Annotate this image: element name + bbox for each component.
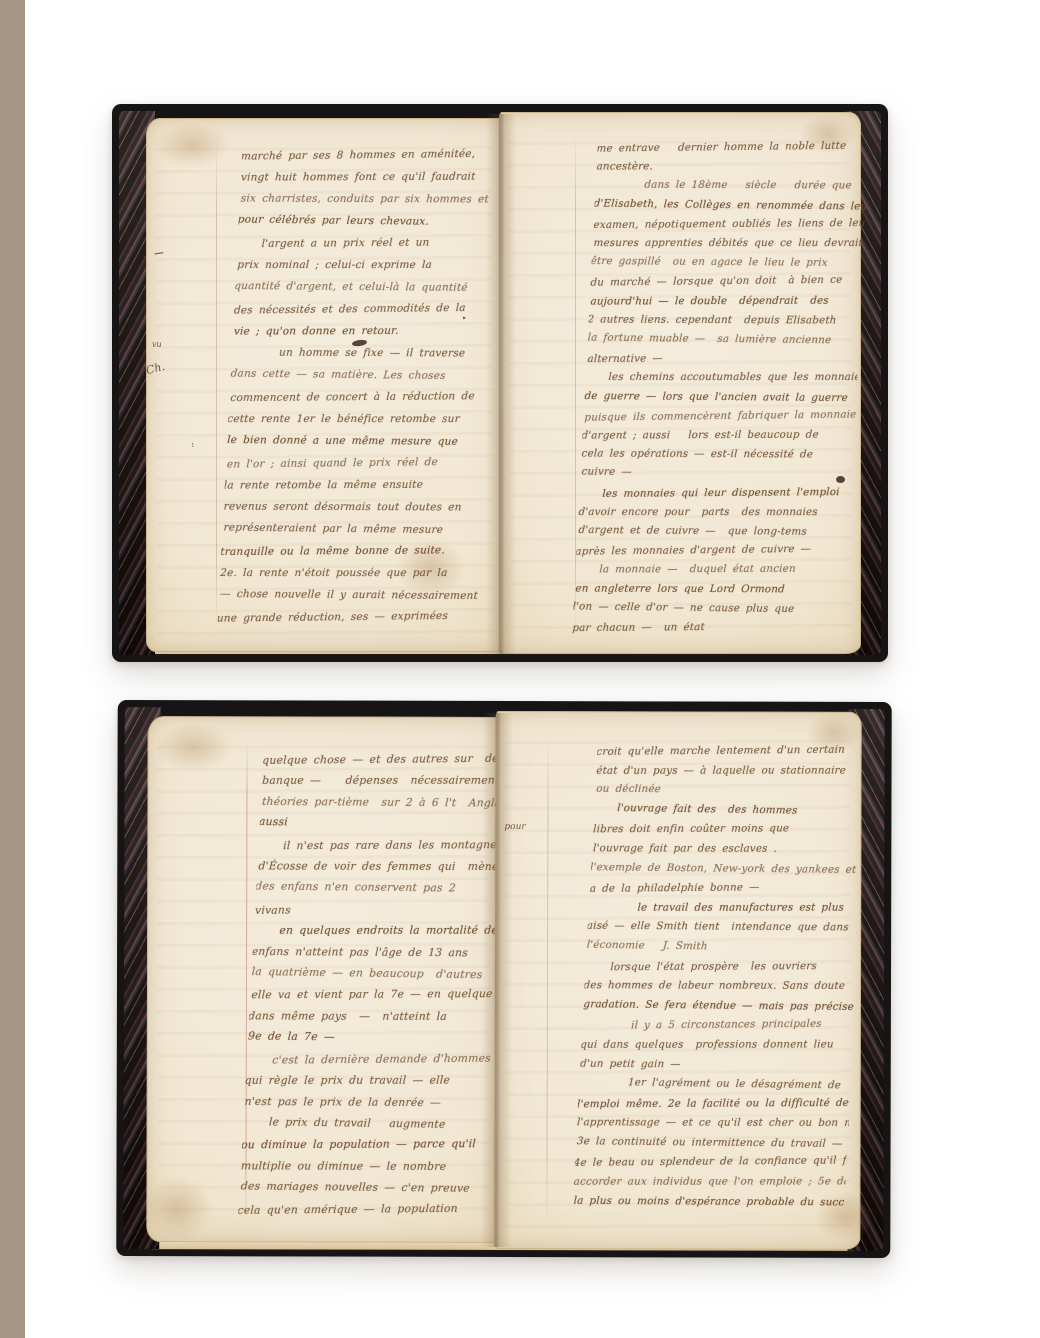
- handwritten-line: puisque ils commencèrent fabriquer la mo…: [584, 405, 857, 427]
- handwritten-line: ou déclinée: [596, 780, 869, 801]
- handwritten-line: aussi: [258, 811, 505, 836]
- margin-fold-line: [546, 733, 548, 1228]
- handwritten-line: pour célébrés par leurs chevaux.: [237, 208, 506, 233]
- handwritten-line: 1er l'agrément ou le désagrément de: [580, 1073, 853, 1096]
- handwritten-line: qui règle le prix du travail — elle: [244, 1070, 491, 1092]
- handwritten-line: les chemins accoutumables que les monnai…: [584, 368, 857, 387]
- handwritten-text-block: me entrave dernier homme la noble luttea…: [572, 138, 870, 637]
- handwritten-line: d'argent ; aussi lors est-il beaucoup de: [581, 426, 854, 446]
- handwritten-line: aujourd'hui — le double dépendrait des: [590, 291, 863, 311]
- handwritten-line: état d'un pays — à laquelle ou stationna…: [596, 761, 869, 781]
- handwritten-line: aisé — elle Smith tient intendance que d…: [586, 917, 859, 938]
- margin-note-pour: pour: [504, 822, 525, 832]
- handwritten-line: c'est la dernière demande d'hommes: [247, 1047, 494, 1071]
- handwritten-line: l'emploi même. 2e la facilité ou la diff…: [576, 1094, 849, 1115]
- handwritten-line: en angleterre lors que Lord Ormond: [575, 579, 848, 599]
- gutter-caret: ‣: [462, 314, 467, 323]
- margin-note-vu: vu: [152, 340, 162, 349]
- handwritten-line: des enfans n'en conservent pas 2: [255, 876, 502, 900]
- manuscript-book-top: marché par ses 8 hommes en aménitée,ving…: [112, 104, 888, 662]
- handwritten-line: prix nominal ; celui-ci exprime la: [237, 254, 506, 276]
- handwritten-line: dans même pays — n'atteint la: [248, 1005, 495, 1027]
- handwritten-line: accorder aux individus que l'on emploie …: [573, 1172, 846, 1192]
- handwritten-line: 4e le beau ou splendeur de la confiance …: [573, 1152, 846, 1174]
- handwritten-line: le travail des manufactures est plus: [589, 898, 862, 918]
- handwritten-line: revenus seront désormais tout doutes en: [223, 495, 492, 518]
- handwritten-line: des mariages nouvelles — c'en preuve: [240, 1176, 487, 1200]
- handwritten-line: le bien donné a une même mesure que: [227, 429, 496, 453]
- manuscript-page-verso: marché par ses 8 hommes en aménitée,ving…: [146, 118, 503, 652]
- margin-tick: —: [153, 247, 164, 259]
- handwritten-line: lorsque l'état prospère les ouvriers: [586, 956, 859, 977]
- handwritten-line: une grande réduction, ses — exprimées: [217, 604, 485, 628]
- handwritten-line: vivans: [255, 897, 502, 921]
- handwritten-line: l'ouvrage fait par des esclaves .: [592, 839, 865, 859]
- handwritten-line: dans le 18ème siècle durée que: [596, 176, 869, 196]
- handwritten-line: l'argent a un prix réel et un: [237, 231, 506, 255]
- handwritten-line: il n'est pas rare dans les montagnes: [258, 834, 505, 857]
- handwritten-line: dans cette — sa matière. Les choses: [230, 362, 499, 387]
- handwritten-line: six charristes, conduits par six hommes …: [240, 187, 509, 210]
- handwritten-line: libres doit enfin coûter moins que: [593, 819, 866, 840]
- handwritten-line: cela qu'en amérique — la population: [238, 1197, 484, 1220]
- handwritten-line: enfans n'atteint pas l'âge de 13 ans: [251, 941, 498, 964]
- manuscript-book-bottom: quelque chose — et des autres sur débit …: [116, 700, 891, 1258]
- handwritten-line: quelque chose — et des autres sur débit …: [262, 748, 509, 771]
- handwritten-line: examen, népotiquement oubliés les liens …: [593, 214, 866, 235]
- handwritten-line: d'Elisabeth, les Collèges en renommée da…: [593, 194, 866, 216]
- handwritten-line: vingt huit hommes font ce qu'il faudrait: [240, 165, 509, 188]
- handwritten-line: ancestère.: [596, 157, 869, 177]
- handwritten-line: en quelques endroits la mortalité des: [254, 920, 501, 942]
- handwritten-line: du marché — lorsque qu'on doit à bien ce: [590, 271, 863, 293]
- handwritten-line: — chose nouvelle il y aurait nécessairem…: [219, 583, 488, 607]
- handwritten-line: cuivre —: [581, 463, 854, 485]
- manuscript-page-recto: me entrave dernier homme la noble luttea…: [499, 112, 861, 654]
- handwritten-line: alternative —: [587, 348, 860, 369]
- handwritten-line: mesures apprenties débités que ce lieu d…: [593, 234, 866, 253]
- handwritten-line: d'Écosse de voir des femmes qui mènent: [258, 855, 505, 877]
- handwritten-line: le prix du travail augmente: [244, 1111, 491, 1136]
- handwritten-line: elle va et vient par la 7e — en quelque: [251, 984, 498, 1007]
- handwritten-line: par chacun — un état: [572, 617, 845, 637]
- handwritten-line: n'est pas le prix de la denrée —: [244, 1090, 491, 1113]
- handwritten-line: théories par-tième sur 2 à 6 l't Anglais…: [261, 791, 508, 814]
- handwritten-line: il y a 5 circonstances principales: [583, 1015, 856, 1037]
- handwritten-line: les monnaies qui leur dispensent l'emplo…: [578, 483, 851, 504]
- gutter-shadow: [486, 114, 516, 654]
- handwritten-line: représenteraient par la même mesure: [223, 516, 492, 541]
- handwritten-line: de guerre — lors que l'ancien avait la g…: [584, 387, 857, 408]
- age-stain: [142, 1176, 212, 1242]
- handwritten-line: quantité d'argent, et celui-là la quanti…: [234, 275, 503, 299]
- handwritten-line: 2 autres liens. cependant depuis Elisabe…: [587, 310, 860, 330]
- handwritten-line: a de la philadelphie bonne —: [589, 878, 862, 900]
- handwritten-line: la plus ou moins d'espérance probable du…: [573, 1191, 846, 1212]
- handwritten-line: qui dans quelques professions donnent li…: [580, 1035, 853, 1055]
- handwritten-line: la quatrième — en beaucoup d'autres: [251, 961, 498, 986]
- margin-fold-line: [216, 139, 217, 630]
- handwritten-line: croit qu'elle marche lentement d'un cert…: [596, 741, 869, 762]
- handwritten-text-block: croit qu'elle marche lentement d'un cert…: [572, 741, 870, 1212]
- handwritten-line: en l'or ; ainsi quand le prix réel de: [226, 450, 495, 475]
- handwritten-line: d'avoir encore pour parts des monnaies: [578, 503, 851, 522]
- handwritten-line: marché par ses 8 hommes en aménitée,: [241, 144, 510, 168]
- handwritten-text-block: quelque chose — et des autres sur débit …: [238, 748, 510, 1220]
- handwritten-line: banque — dépenses nécessairement — la: [262, 770, 509, 792]
- handwritten-line: tranquille ou la même bonne de suite.: [220, 539, 489, 563]
- left-gray-strip: [0, 0, 25, 1338]
- handwritten-line: un homme se fixe — il traverse: [230, 341, 499, 364]
- manuscript-page-recto: croit qu'elle marche lentement d'un cert…: [494, 711, 861, 1250]
- age-stain: [154, 722, 234, 772]
- handwritten-line: l'apprentissage — et ce qu'il est cher o…: [576, 1113, 849, 1133]
- handwritten-line: commencent de concert à la réduction de: [230, 385, 499, 409]
- handwritten-line: ou diminue la population — parce qu'il: [241, 1133, 488, 1156]
- handwritten-line: l'économie J. Smith: [586, 936, 859, 959]
- handwritten-line: des hommes de labeur nombreux. Sans dout…: [583, 976, 856, 996]
- handwritten-line: 9e de la 7e —: [247, 1026, 494, 1050]
- handwritten-text-block: marché par ses 8 hommes en aménitée,ving…: [217, 144, 510, 628]
- gutter-shadow: [481, 713, 512, 1247]
- handwritten-line: multiplie ou diminue — le nombre: [240, 1155, 487, 1177]
- age-stain: [154, 122, 230, 168]
- handwritten-line: 2e. la rente n'étoit poussée que par la: [220, 562, 489, 584]
- manuscript-page-verso: quelque chose — et des autres sur débit …: [146, 716, 499, 1243]
- handwritten-line: la monnaie — duquel état ancien: [575, 560, 848, 580]
- handwritten-line: la rente retombe la même ensuite: [223, 473, 492, 496]
- catalogue-photo: marché par ses 8 hommes en aménitée,ving…: [0, 0, 1040, 1338]
- handwritten-line: cette rente 1er le bénéfice retombe sur: [227, 408, 496, 430]
